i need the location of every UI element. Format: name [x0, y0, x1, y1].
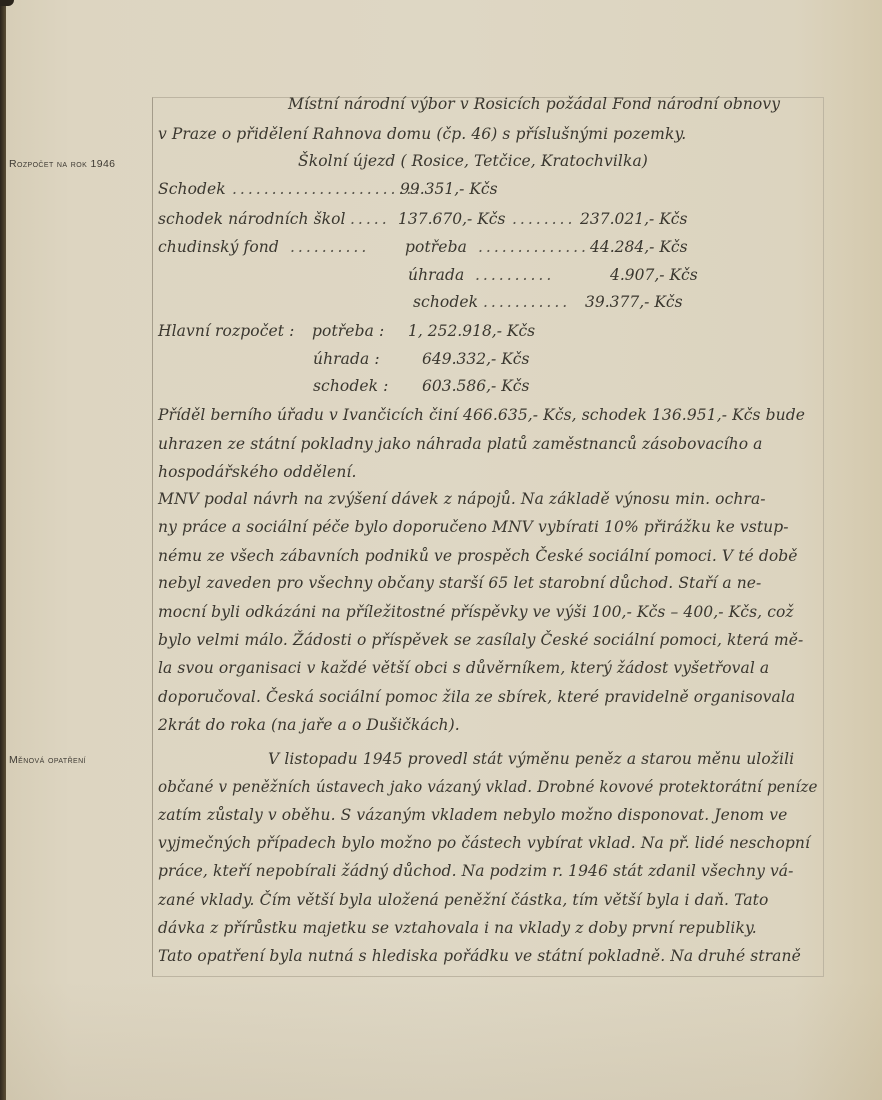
paragraph-line: 2krát do roka (na jaře a o Dušičkách).	[158, 716, 460, 734]
main-budget-row-label: úhrada :	[313, 350, 380, 368]
paragraph-line: práce, kteří nepobírali žádný důchod. Na…	[158, 862, 794, 880]
paragraph-line: doporučoval. Česká sociální pomoc žila z…	[158, 688, 795, 706]
leader-dots: ..............	[478, 238, 589, 256]
paragraph-line: la svou organisaci v každé větší obci s …	[158, 659, 769, 677]
paragraph-line: MNV podal návrh na zvýšení dávek z nápoj…	[158, 490, 766, 508]
main-budget-row-label: potřeba :	[312, 322, 384, 340]
budget-row-total: 237.021,- Kčs	[580, 210, 687, 228]
paragraph-line: nému ze všech zábavních podniků ve prosp…	[158, 547, 798, 565]
budget-row-label: schodek národních škol	[158, 210, 346, 228]
header-line-2: v Praze o přidělení Rahnova domu (čp. 46…	[158, 125, 686, 143]
poor-fund-row-label: úhrada	[408, 266, 464, 284]
paragraph-line: dávka z přírůstku majetku se vztahovala …	[158, 919, 757, 937]
poor-fund-row-label: potřeba	[405, 238, 467, 256]
main-budget-label: Hlavní rozpočet :	[158, 322, 294, 340]
header-line-1: Místní národní výbor v Rosicích požádal …	[288, 95, 780, 113]
chronicle-page: Rozpočet na rok 1946 Měnová opatření Mís…	[0, 0, 882, 1100]
poor-fund-row-value: 39.377,- Kčs	[585, 293, 683, 311]
school-district-heading: Školní újezd ( Rosice, Tetčice, Kratochv…	[298, 152, 648, 170]
paragraph-line: hospodářského oddělení.	[158, 463, 357, 481]
leader-dots: ..........	[475, 266, 554, 284]
book-binding-edge	[0, 0, 6, 1100]
main-budget-row-value: 1, 252.918,- Kčs	[408, 322, 535, 340]
book-binding-corner	[0, 0, 14, 6]
poor-fund-row-value: 4.907,- Kčs	[610, 266, 698, 284]
budget-row-value: 137.670,- Kčs	[398, 210, 505, 228]
leader-dots: ...........	[483, 293, 570, 311]
paragraph-line: mocní byli odkázáni na příležitostné pří…	[158, 603, 794, 621]
leader-dots: ........	[512, 210, 575, 228]
paragraph-line: uhrazen ze státní pokladny jako náhrada …	[158, 435, 763, 453]
leader-dots: .....	[350, 210, 390, 228]
poor-fund-row-value: 44.284,- Kčs	[590, 238, 688, 256]
paragraph-line: Příděl berního úřadu v Ivančicích činí 4…	[158, 406, 805, 424]
paragraph-line: zatím zůstaly v oběhu. S vázaným vkladem…	[158, 806, 787, 824]
paragraph-line: ny práce a sociální péče bylo doporučeno…	[158, 518, 789, 536]
paragraph-line: nebyl zaveden pro všechny občany starší …	[158, 574, 761, 592]
leader-dots: ........................	[232, 180, 422, 198]
margin-note-budget-1946: Rozpočet na rok 1946	[9, 158, 115, 170]
paragraph-line: občané v peněžních ústavech jako vázaný …	[158, 778, 818, 796]
budget-row-value: 99.351,- Kčs	[400, 180, 498, 198]
poor-fund-label: chudinský fond	[158, 238, 279, 256]
paragraph-line: zané vklady. Čím větší byla uložená peně…	[158, 891, 768, 909]
leader-dots: ..........	[290, 238, 369, 256]
paragraph-line: Tato opatření byla nutná s hlediska pořá…	[158, 947, 801, 965]
budget-row-label: Schodek	[158, 180, 226, 198]
main-budget-row-value: 649.332,- Kčs	[422, 350, 529, 368]
main-budget-row-label: schodek :	[313, 377, 389, 395]
paragraph-line: vyjmečných případech bylo možno po částe…	[158, 834, 810, 852]
paragraph-line: bylo velmi málo. Žádosti o příspěvek se …	[158, 631, 803, 649]
main-budget-row-value: 603.586,- Kčs	[422, 377, 529, 395]
paper-shading	[0, 980, 882, 1100]
margin-note-currency-measures: Měnová opatření	[9, 754, 86, 766]
poor-fund-row-label: schodek	[413, 293, 478, 311]
paragraph-line: V listopadu 1945 provedl stát výměnu pen…	[268, 750, 794, 768]
